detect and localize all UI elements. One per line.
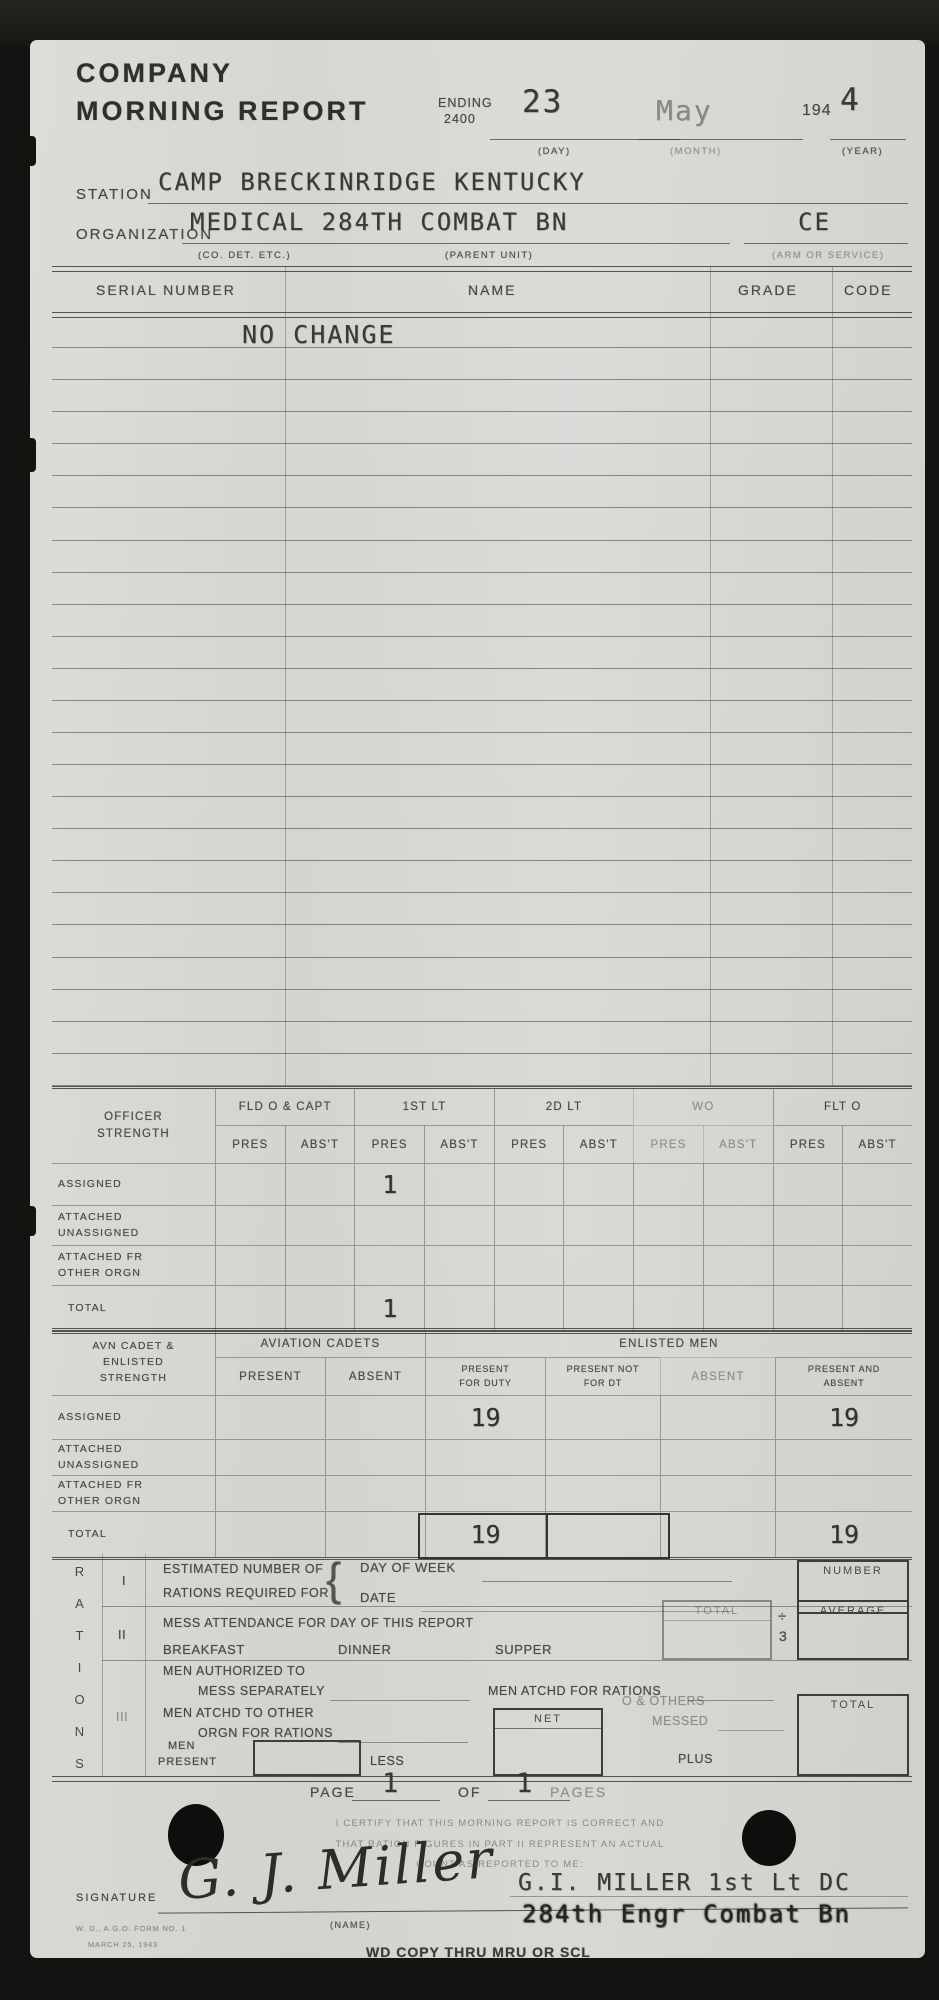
enlisted-cell bbox=[215, 1395, 325, 1439]
mess-total-box-label: TOTAL bbox=[664, 1602, 770, 1621]
officer-row-label-text: ATTACHED UNASSIGNED bbox=[58, 1210, 150, 1242]
enlisted-cell bbox=[545, 1475, 660, 1511]
officer-cell bbox=[354, 1245, 424, 1285]
roster-blank-row bbox=[52, 733, 912, 765]
year-underline bbox=[830, 139, 906, 140]
officer-cell bbox=[215, 1205, 285, 1245]
enlisted-row-label-text: TOTAL bbox=[68, 1528, 107, 1542]
enlisted-row-label-text: ASSIGNED bbox=[58, 1410, 122, 1426]
officer-cell: 1 bbox=[354, 1285, 424, 1331]
enlisted-subcol-present-not-for-dt: PRESENT NOT FOR DT bbox=[545, 1357, 660, 1395]
form-title-line2: MORNING REPORT bbox=[76, 96, 369, 127]
day-field: 23 bbox=[522, 84, 563, 120]
day-of-week-underline bbox=[482, 1581, 732, 1582]
officer-row-label-text: TOTAL bbox=[68, 1302, 107, 1316]
enlisted-row-label: ASSIGNED bbox=[52, 1395, 215, 1439]
officer-group-flt-o: FLT O bbox=[773, 1089, 912, 1125]
roster-blank-row bbox=[52, 348, 912, 380]
enlisted-cell bbox=[660, 1439, 775, 1475]
scanned-morning-report: COMPANY MORNING REPORT ENDING 2400 23 (D… bbox=[0, 0, 939, 2000]
atchd-line1: MEN ATCHD TO OTHER bbox=[163, 1706, 314, 1720]
roster-blank-row bbox=[52, 541, 912, 573]
officer-cell bbox=[563, 1205, 633, 1245]
officer-cell bbox=[494, 1163, 564, 1205]
roster-blank-row bbox=[52, 893, 912, 925]
enlisted-row-label: ATTACHED FR OTHER ORGN bbox=[52, 1475, 215, 1511]
roster-blank-row bbox=[52, 444, 912, 476]
officer-subcol-pres: PRES bbox=[633, 1125, 703, 1163]
station-label: STATION bbox=[76, 186, 153, 203]
organization-underline bbox=[182, 243, 730, 244]
officer-cell bbox=[424, 1205, 494, 1245]
officer-row-label: ATTACHED FR OTHER ORGN bbox=[52, 1245, 215, 1285]
officer-cell bbox=[424, 1285, 494, 1331]
enlisted-subcol-present-and-absent: PRESENT AND ABSENT bbox=[775, 1357, 912, 1395]
parent-unit-hint: (PARENT UNIT) bbox=[445, 250, 533, 261]
roster-divider-name bbox=[710, 266, 711, 1086]
roster-blank-row bbox=[52, 1022, 912, 1054]
supper-label: SUPPER bbox=[495, 1642, 552, 1657]
officer-cell bbox=[494, 1245, 564, 1285]
enlisted-cell bbox=[545, 1439, 660, 1475]
others-line1: O & OTHERS bbox=[622, 1694, 705, 1708]
men-present-line1: MEN bbox=[168, 1740, 195, 1752]
enlisted-table-title-text: AVN CADET & ENLISTED STRENGTH bbox=[91, 1339, 177, 1386]
form-title-line1: COMPANY bbox=[76, 58, 233, 89]
subcol-text: PRESENT AND ABSENT bbox=[806, 1363, 882, 1390]
year-field: 4 bbox=[840, 82, 861, 118]
officer-subcol-abst: ABS'T bbox=[424, 1125, 494, 1163]
rations-numeral-3: III bbox=[116, 1710, 128, 1724]
officer-cell bbox=[563, 1163, 633, 1205]
officer-subcol-abst: ABS'T bbox=[703, 1125, 773, 1163]
officer-cell bbox=[285, 1285, 355, 1331]
rations-brace: { bbox=[326, 1552, 342, 1606]
officer-cell bbox=[842, 1245, 912, 1285]
handdrawn-total-box-divider bbox=[546, 1515, 548, 1557]
roster-blank-row bbox=[52, 765, 912, 797]
rations-total-box: TOTAL bbox=[797, 1694, 909, 1776]
enlisted-cell bbox=[215, 1439, 325, 1475]
page-underline bbox=[352, 1800, 440, 1801]
officer-subcol-pres: PRES bbox=[773, 1125, 843, 1163]
enlisted-cell bbox=[325, 1511, 425, 1557]
others-line2: MESSED bbox=[652, 1714, 708, 1728]
officer-cell bbox=[494, 1205, 564, 1245]
unit-hint: (CO. DET. ETC.) bbox=[198, 250, 291, 261]
arm-underline bbox=[744, 243, 908, 244]
officer-cell bbox=[285, 1205, 355, 1245]
organization-field: MEDICAL 284TH COMBAT BN bbox=[190, 208, 568, 236]
enlisted-cell: 19 bbox=[425, 1395, 545, 1439]
enlisted-subcol-absent2: ABSENT bbox=[660, 1357, 775, 1395]
rations-divider-2-3 bbox=[102, 1660, 912, 1661]
officer-cell bbox=[563, 1245, 633, 1285]
date-label: DATE bbox=[360, 1590, 396, 1605]
officer-table-title-text: OFFICER STRENGTH bbox=[86, 1109, 182, 1144]
mess-separately-underline bbox=[330, 1700, 470, 1701]
messed-underline bbox=[718, 1730, 784, 1731]
subcol-text: PRESENT NOT FOR DT bbox=[564, 1363, 642, 1390]
officer-subcol-pres: PRES bbox=[354, 1125, 424, 1163]
enlisted-subcol-present-for-duty: PRESENT FOR DUTY bbox=[425, 1357, 545, 1395]
mess-total-box: TOTAL bbox=[662, 1600, 772, 1660]
enlisted-row-label-text: ATTACHED FR OTHER ORGN bbox=[58, 1478, 150, 1510]
officer-group-fldo-capt: FLD O & CAPT bbox=[215, 1089, 354, 1125]
roster-col-serial: SERIAL NUMBER bbox=[96, 282, 236, 298]
roster-blank-row bbox=[52, 861, 912, 893]
enlisted-cell bbox=[215, 1511, 325, 1557]
officer-cell bbox=[842, 1285, 912, 1331]
roster-col-code: CODE bbox=[844, 282, 892, 298]
roster-blank-row bbox=[52, 637, 912, 669]
page-number: 1 bbox=[382, 1768, 400, 1799]
officer-cell bbox=[494, 1285, 564, 1331]
certifying-officer-unit: 284th Engr Combat Bn bbox=[522, 1900, 851, 1928]
officer-cell bbox=[633, 1285, 703, 1331]
month-hint: (MONTH) bbox=[670, 146, 722, 157]
officer-row-label-text: ASSIGNED bbox=[58, 1177, 122, 1193]
officer-cell bbox=[773, 1285, 843, 1331]
day-hint: (DAY) bbox=[538, 146, 571, 157]
enlisted-cell bbox=[660, 1475, 775, 1511]
officer-cell bbox=[842, 1205, 912, 1245]
officer-cell bbox=[842, 1163, 912, 1205]
scan-artifact bbox=[22, 438, 36, 472]
year-hint: (YEAR) bbox=[842, 146, 883, 157]
rations-est-line1: ESTIMATED NUMBER OF bbox=[163, 1562, 323, 1576]
rations-est-line2: RATIONS REQUIRED FOR bbox=[163, 1586, 329, 1600]
enlisted-row-label: ATTACHED UNASSIGNED bbox=[52, 1439, 215, 1475]
certify-line1: I CERTIFY THAT THIS MORNING REPORT IS CO… bbox=[210, 1814, 790, 1835]
officer-cell bbox=[563, 1285, 633, 1331]
roster-blank-row bbox=[52, 1054, 912, 1086]
roster-top-rule bbox=[52, 266, 912, 272]
ending-label: ENDING bbox=[438, 96, 493, 110]
roster-blank-row bbox=[52, 797, 912, 829]
station-field: CAMP BRECKINRIDGE KENTUCKY bbox=[158, 168, 586, 196]
roster-blank-row bbox=[52, 573, 912, 605]
officer-cell bbox=[424, 1163, 494, 1205]
ending-value-label: 2400 bbox=[444, 112, 476, 126]
auth-line2: MESS SEPARATELY bbox=[198, 1684, 325, 1698]
enlisted-cell bbox=[660, 1511, 775, 1557]
roster-blank-row bbox=[52, 316, 912, 348]
officer-cell bbox=[354, 1205, 424, 1245]
officer-cell bbox=[424, 1245, 494, 1285]
roster-divider-serial bbox=[285, 266, 286, 1086]
subcol-text: PRESENT FOR DUTY bbox=[451, 1363, 521, 1390]
enlisted-table-title: AVN CADET & ENLISTED STRENGTH bbox=[52, 1331, 215, 1395]
roster-blank-row bbox=[52, 701, 912, 733]
pages-number: 1 bbox=[516, 1768, 534, 1799]
enlisted-row-label: TOTAL bbox=[52, 1511, 215, 1557]
enlisted-subcol-present: PRESENT bbox=[215, 1357, 325, 1395]
average-box: AVERAGE bbox=[797, 1600, 909, 1660]
net-box-label: NET bbox=[495, 1710, 601, 1729]
roster-blank-row bbox=[52, 605, 912, 637]
officer-cell bbox=[215, 1245, 285, 1285]
officer-cell bbox=[773, 1205, 843, 1245]
rations-numerals-divider bbox=[145, 1554, 146, 1776]
enlisted-cell bbox=[660, 1395, 775, 1439]
day-of-week-label: DAY OF WEEK bbox=[360, 1560, 456, 1575]
number-box-label: NUMBER bbox=[799, 1562, 907, 1577]
page-label: PAGE bbox=[310, 1784, 356, 1800]
officer-group-wo: WO bbox=[633, 1089, 772, 1125]
enlisted-cell bbox=[545, 1395, 660, 1439]
enlisted-cell: 19 bbox=[775, 1511, 912, 1557]
officer-name-underline bbox=[510, 1896, 908, 1897]
month-underline bbox=[638, 139, 803, 140]
enlisted-subcol-absent: ABSENT bbox=[325, 1357, 425, 1395]
form-number-line: W. D., A.G.O. FORM NO. 1 bbox=[76, 1924, 186, 1933]
enlisted-cell bbox=[775, 1475, 912, 1511]
roster-blank-row bbox=[52, 669, 912, 701]
officer-subcol-abst: ABS'T bbox=[563, 1125, 633, 1163]
year-prefix: 194 bbox=[802, 102, 832, 120]
enlisted-row-label-text: ATTACHED UNASSIGNED bbox=[58, 1442, 150, 1474]
roster-blank-row bbox=[52, 958, 912, 990]
officer-cell bbox=[703, 1205, 773, 1245]
roster-blank-row bbox=[52, 990, 912, 1022]
rations-numeral-1: I bbox=[122, 1574, 126, 1588]
dinner-label: DINNER bbox=[338, 1642, 391, 1657]
officer-cell bbox=[633, 1163, 703, 1205]
enlisted-cell bbox=[325, 1439, 425, 1475]
enlisted-strength-table: AVN CADET & ENLISTED STRENGTH AVIATION C… bbox=[52, 1328, 912, 1560]
enlisted-cell bbox=[325, 1475, 425, 1511]
enlisted-cell: 19 bbox=[775, 1395, 912, 1439]
officer-subcol-abst: ABS'T bbox=[842, 1125, 912, 1163]
roster-blank-row bbox=[52, 508, 912, 540]
signature-label: SIGNATURE bbox=[76, 1892, 157, 1904]
roster-col-grade: GRADE bbox=[738, 282, 798, 298]
officer-cell bbox=[703, 1163, 773, 1205]
divide-sign: ÷ bbox=[778, 1608, 787, 1625]
plus-label: PLUS bbox=[678, 1752, 713, 1766]
scan-artifact bbox=[24, 136, 36, 166]
officer-group-2d-lt: 2D LT bbox=[494, 1089, 633, 1125]
rations-bottom-rule bbox=[52, 1776, 912, 1782]
mess-attendance-heading: MESS ATTENDANCE FOR DAY OF THIS REPORT bbox=[163, 1616, 474, 1630]
rations-side-label: RATIONS bbox=[72, 1564, 87, 1788]
arm-hint: (ARM OR SERVICE) bbox=[772, 250, 885, 261]
officer-cell bbox=[633, 1205, 703, 1245]
roster-blank-row bbox=[52, 380, 912, 412]
atchd-line2: ORGN FOR RATIONS bbox=[198, 1726, 333, 1740]
men-present-box bbox=[253, 1740, 361, 1776]
morning-report-form: COMPANY MORNING REPORT ENDING 2400 23 (D… bbox=[30, 40, 925, 1958]
arm-of-service-field: CE bbox=[798, 208, 831, 236]
officer-strength-table: OFFICER STRENGTH FLD O & CAPT 1ST LT 2D … bbox=[52, 1086, 912, 1334]
enlisted-cell bbox=[215, 1475, 325, 1511]
officer-subcol-pres: PRES bbox=[494, 1125, 564, 1163]
officer-cell bbox=[285, 1163, 355, 1205]
roster-col-name: NAME bbox=[468, 282, 516, 298]
rations-divider-1-2 bbox=[102, 1606, 912, 1607]
enlisted-cell bbox=[775, 1439, 912, 1475]
auth-line1: MEN AUTHORIZED TO bbox=[163, 1664, 305, 1678]
month-field: May bbox=[656, 94, 713, 127]
scan-artifact bbox=[24, 1206, 36, 1236]
officer-cell bbox=[285, 1245, 355, 1285]
men-present-line2: PRESENT bbox=[158, 1756, 217, 1768]
punch-hole-right bbox=[742, 1810, 796, 1866]
breakfast-label: BREAKFAST bbox=[163, 1642, 245, 1657]
officer-cell bbox=[703, 1285, 773, 1331]
divide-by: 3 bbox=[779, 1628, 788, 1644]
officer-subcol-abst: ABS'T bbox=[285, 1125, 355, 1163]
routing-note: WD COPY THRU MRU OR SCL bbox=[366, 1944, 591, 1960]
roster-blank-row bbox=[52, 829, 912, 861]
officer-row-label-text: ATTACHED FR OTHER ORGN bbox=[58, 1250, 150, 1282]
rations-numeral-2: II bbox=[118, 1628, 126, 1642]
of-label: OF bbox=[458, 1784, 481, 1800]
officer-subcol-pres: PRES bbox=[215, 1125, 285, 1163]
officer-row-label: TOTAL bbox=[52, 1285, 215, 1331]
officer-cell bbox=[633, 1245, 703, 1285]
officer-table-title: OFFICER STRENGTH bbox=[52, 1089, 215, 1163]
enlisted-cell bbox=[325, 1395, 425, 1439]
name-hint: (NAME) bbox=[330, 1920, 371, 1930]
roster-blank-rows bbox=[52, 316, 912, 1086]
officer-cell bbox=[773, 1245, 843, 1285]
form-date-line: MARCH 25, 1943 bbox=[88, 1940, 158, 1949]
net-box: NET bbox=[493, 1708, 603, 1776]
pages-underline bbox=[488, 1800, 570, 1801]
enlisted-cell bbox=[425, 1439, 545, 1475]
officer-cell bbox=[215, 1285, 285, 1331]
station-underline bbox=[148, 203, 908, 204]
officer-row-label: ASSIGNED bbox=[52, 1163, 215, 1205]
less-label: LESS bbox=[370, 1754, 404, 1768]
group-aviation-cadets: AVIATION CADETS bbox=[215, 1331, 425, 1357]
rations-letters-divider bbox=[102, 1554, 103, 1776]
enlisted-cell bbox=[425, 1475, 545, 1511]
handdrawn-total-box bbox=[418, 1513, 670, 1559]
officer-cell: 1 bbox=[354, 1163, 424, 1205]
roster-blank-row bbox=[52, 412, 912, 444]
group-enlisted-men: ENLISTED MEN bbox=[425, 1331, 912, 1357]
pages-label: PAGES bbox=[550, 1784, 607, 1800]
rations-total-box-label: TOTAL bbox=[799, 1696, 907, 1711]
officer-row-label: ATTACHED UNASSIGNED bbox=[52, 1205, 215, 1245]
officer-cell bbox=[773, 1163, 843, 1205]
average-box-label: AVERAGE bbox=[799, 1602, 907, 1617]
roster-blank-row bbox=[52, 925, 912, 957]
certifying-officer-name: G.I. MILLER 1st Lt DC bbox=[518, 1870, 851, 1896]
officer-cell bbox=[703, 1245, 773, 1285]
officer-group-1st-lt: 1ST LT bbox=[354, 1089, 493, 1125]
roster-divider-grade bbox=[832, 266, 833, 1086]
roster-blank-row bbox=[52, 476, 912, 508]
officer-cell bbox=[215, 1163, 285, 1205]
